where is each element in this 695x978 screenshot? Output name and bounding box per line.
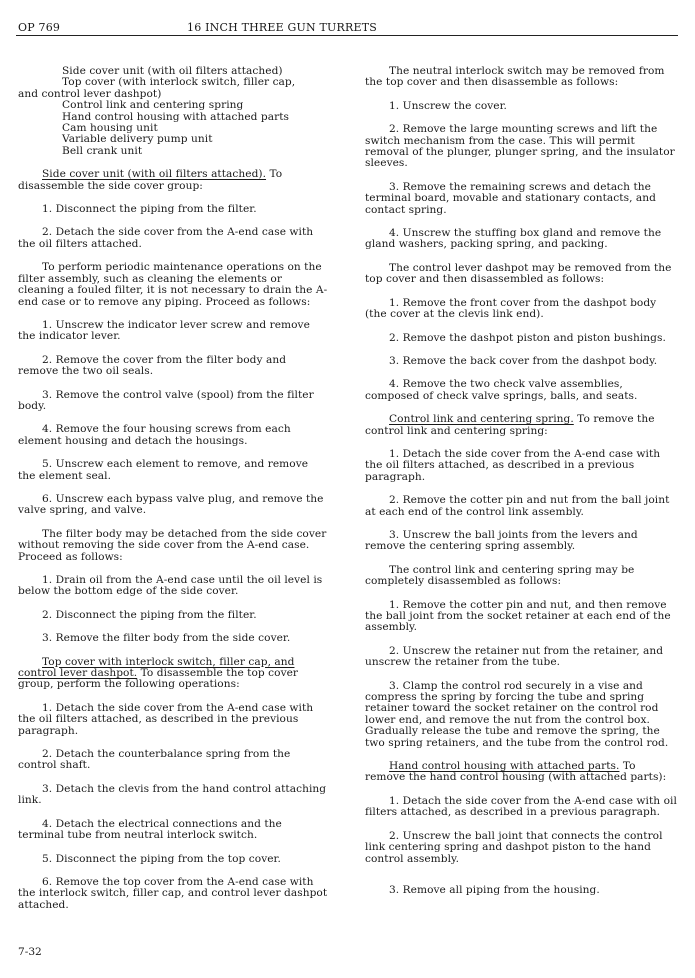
step: 4. Unscrew the stuffing box gland and re… <box>365 228 679 251</box>
step: 1. Detach the side cover from the A-end … <box>365 449 679 483</box>
page-title: 16 INCH THREE GUN TURRETS <box>187 21 377 34</box>
side-cover-heading: Side cover unit (with oil filters attach… <box>42 168 266 180</box>
step: 4. Detach the electrical connections and… <box>18 819 328 842</box>
control-link-heading: Control link and centering spring. <box>389 413 574 425</box>
page-number: 7-32 <box>18 946 42 958</box>
step: 2. Unscrew the retainer nut from the ret… <box>365 646 679 669</box>
step: 2. Unscrew the ball joint that connects … <box>365 831 679 865</box>
filter-body-intro: The filter body may be detached from the… <box>18 529 328 563</box>
group-list: Side cover unit (with oil filters attach… <box>18 66 328 157</box>
step: 3. Remove the control valve (spool) from… <box>18 390 328 413</box>
step: 3. Remove all piping from the housing. <box>365 885 679 896</box>
hand-control-paragraph: Hand control housing with attached parts… <box>365 761 679 784</box>
step: 2. Disconnect the piping from the filter… <box>18 610 328 621</box>
step: 1. Unscrew the cover. <box>365 101 679 112</box>
step: 1. Disconnect the piping from the filter… <box>18 204 328 215</box>
document-number: OP 769 <box>18 21 60 34</box>
step: 4. Remove the four housing screws from e… <box>18 424 328 447</box>
step: 6. Remove the top cover from the A-end c… <box>18 877 328 911</box>
step: 2. Detach the counterbalance spring from… <box>18 749 328 772</box>
step: 2. Remove the dashpot piston and piston … <box>365 333 679 344</box>
step: 1. Drain oil from the A-end case until t… <box>18 575 328 598</box>
step: 5. Unscrew each element to remove, and r… <box>18 459 328 482</box>
step: 2. Remove the large mounting screws and … <box>365 124 679 170</box>
side-cover-paragraph: Side cover unit (with oil filters attach… <box>18 169 328 192</box>
left-column: Side cover unit (with oil filters attach… <box>18 66 328 923</box>
step: 3. Unscrew the ball joints from the leve… <box>365 530 679 553</box>
page-header: OP 769 16 INCH THREE GUN TURRETS <box>16 18 678 36</box>
dashpot-intro: The control lever dashpot may be removed… <box>365 263 679 286</box>
maintenance-intro: To perform periodic maintenance operatio… <box>18 262 328 308</box>
top-cover-paragraph: Top cover with interlock switch, filler … <box>18 657 328 691</box>
interlock-intro: The neutral interlock switch may be remo… <box>365 66 679 89</box>
step: 3. Detach the clevis from the hand contr… <box>18 784 328 807</box>
step: 1. Remove the cotter pin and nut, and th… <box>365 600 679 634</box>
step: 2. Remove the cover from the filter body… <box>18 355 328 378</box>
group-list-item: Control link and centering spring <box>18 100 328 111</box>
step: 4. Remove the two check valve assemblies… <box>365 379 679 402</box>
step: 1. Detach the side cover from the A-end … <box>365 796 679 819</box>
step: 5. Disconnect the piping from the top co… <box>18 854 328 865</box>
step: 1. Detach the side cover from the A-end … <box>18 703 328 737</box>
step: 3. Remove the remaining screws and detac… <box>365 182 679 216</box>
step: 2. Remove the cotter pin and nut from th… <box>365 495 679 518</box>
hand-control-heading: Hand control housing with attached parts… <box>389 760 619 772</box>
header-rule <box>16 35 678 36</box>
complete-disassembly-intro: The control link and centering spring ma… <box>365 565 679 588</box>
step: 6. Unscrew each bypass valve plug, and r… <box>18 494 328 517</box>
step: 1. Unscrew the indicator lever screw and… <box>18 320 328 343</box>
group-list-item: Bell crank unit <box>18 146 328 157</box>
step: 3. Remove the back cover from the dashpo… <box>365 356 679 367</box>
step: 1. Remove the front cover from the dashp… <box>365 298 679 321</box>
step: 3. Remove the filter body from the side … <box>18 633 328 644</box>
step: 3. Clamp the control rod securely in a v… <box>365 681 679 749</box>
step: 2. Detach the side cover from the A-end … <box>18 227 328 250</box>
right-column: The neutral interlock switch may be remo… <box>365 66 679 908</box>
control-link-paragraph: Control link and centering spring. To re… <box>365 414 679 437</box>
